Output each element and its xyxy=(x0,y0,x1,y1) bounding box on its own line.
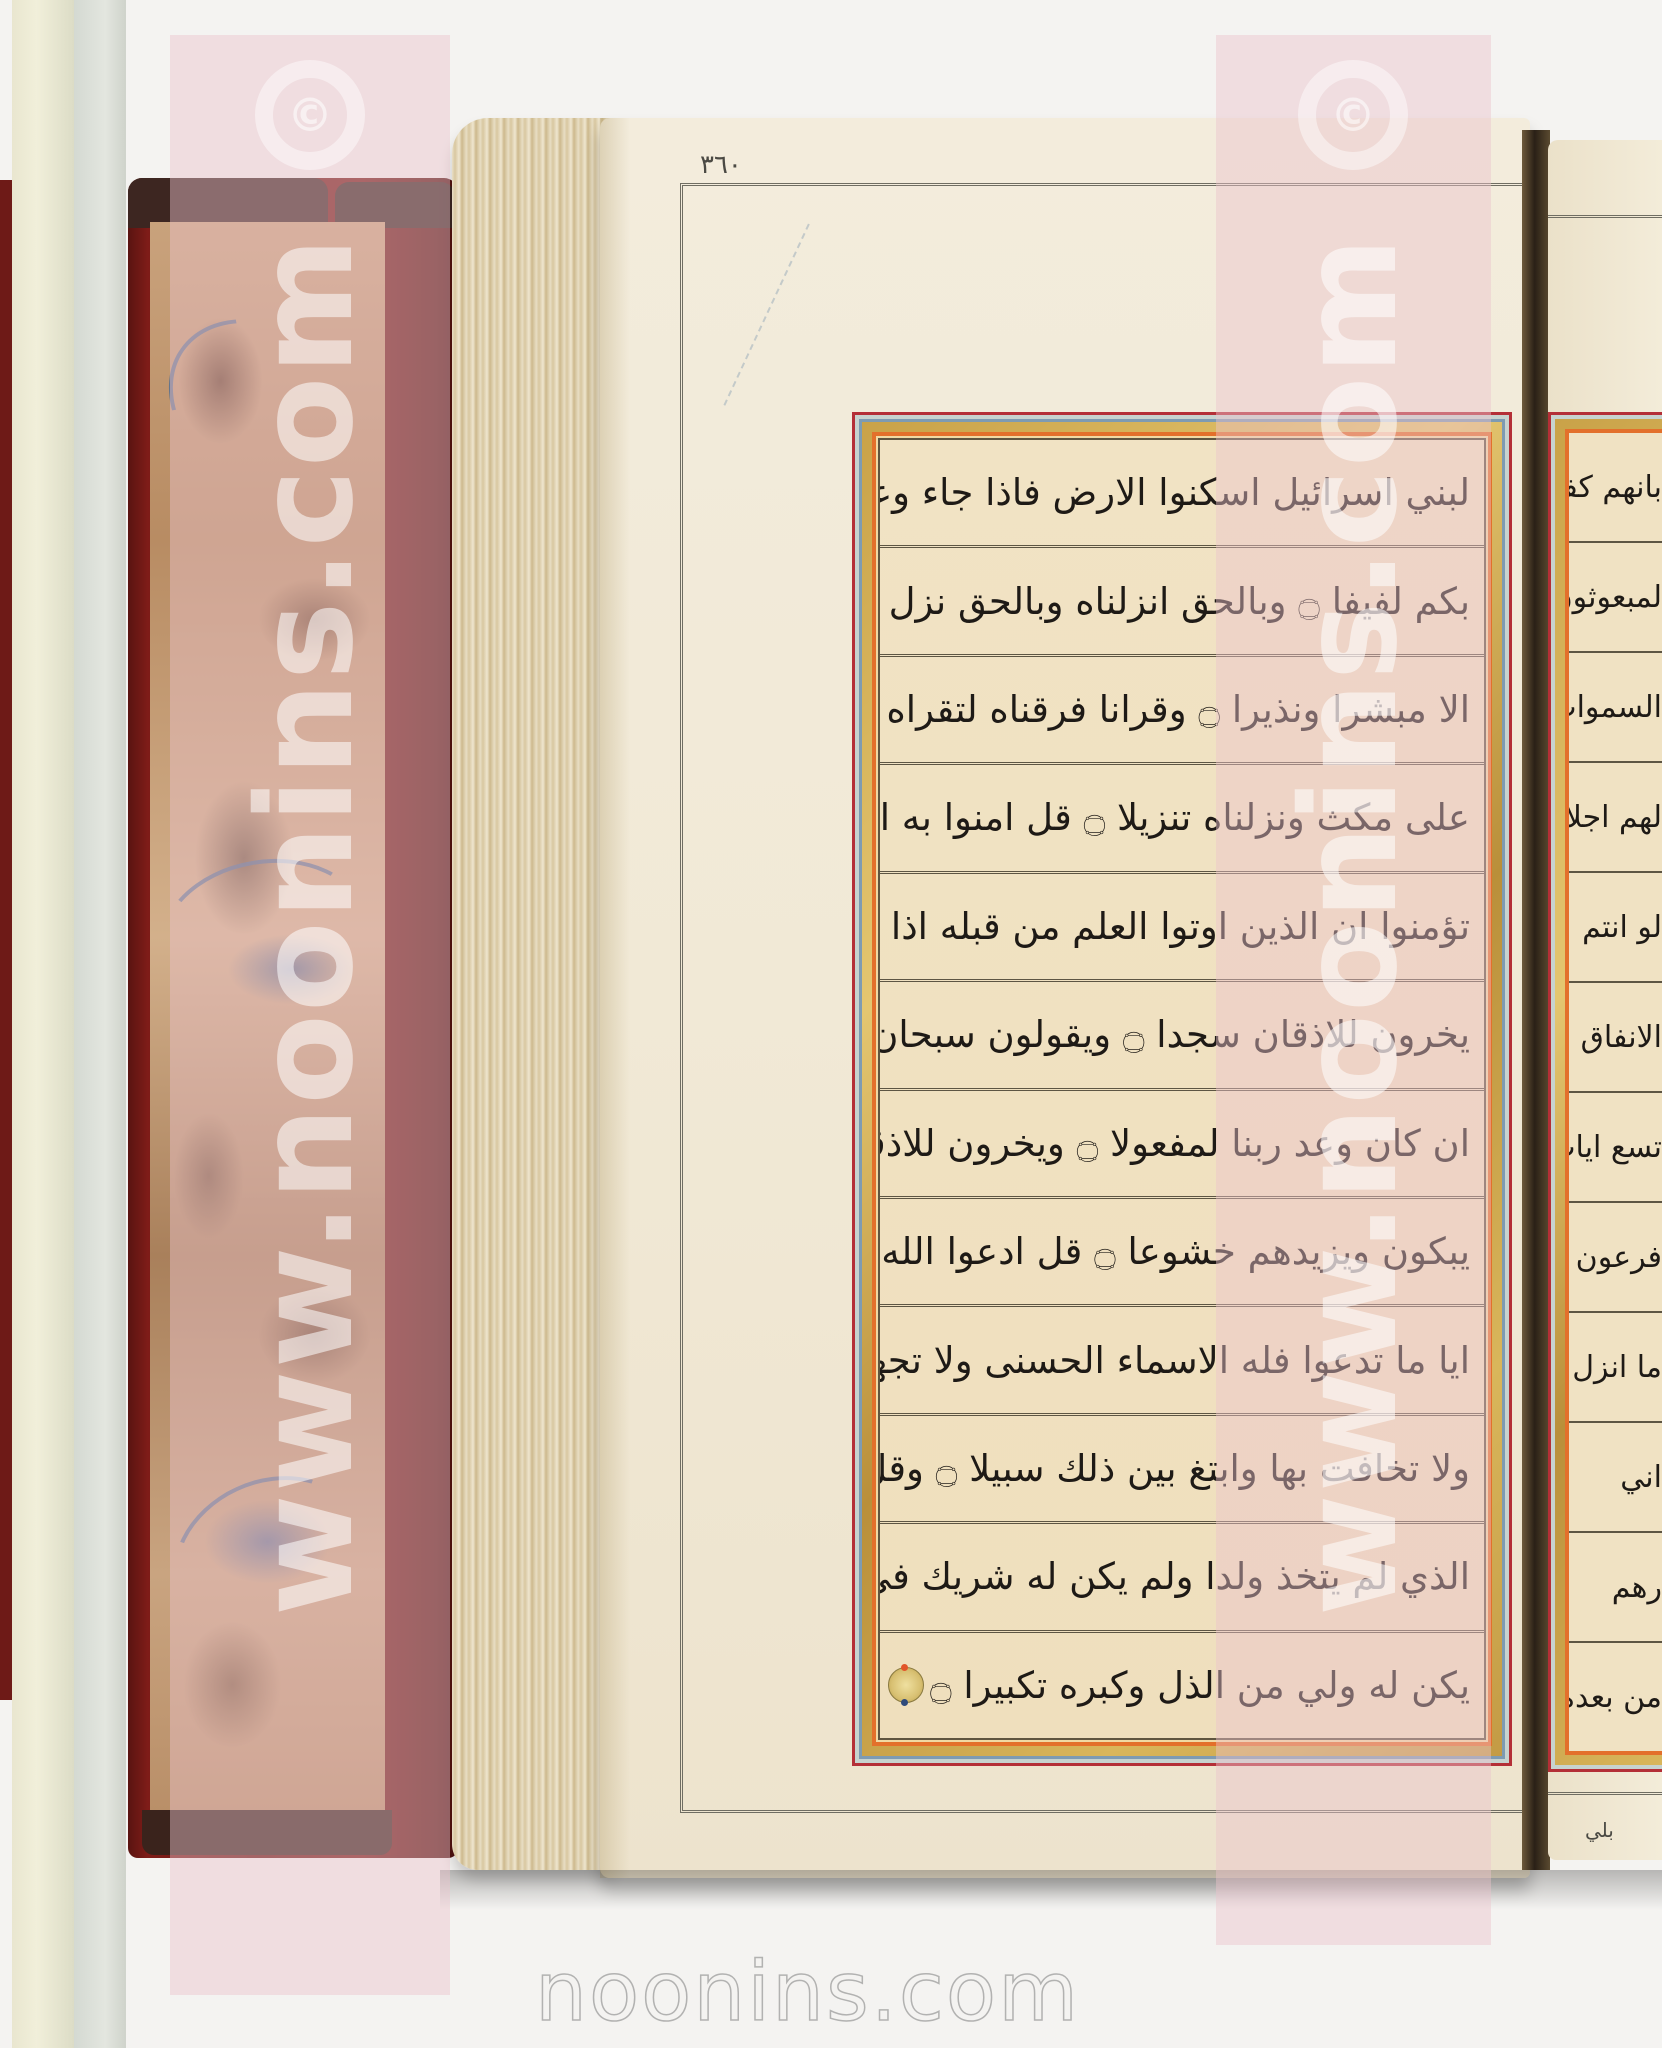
facing-text-block: بانهم كفروا لمبعوثون السموات لهم اجلا لو… xyxy=(1565,429,1662,1755)
bookmark-ribbon xyxy=(12,0,74,2048)
page-fore-edge xyxy=(452,118,612,1870)
facing-line: اني xyxy=(1569,1423,1662,1533)
watermark-vertical-text: www.noonins.com xyxy=(1284,235,1416,1616)
copyright-icon: © xyxy=(255,60,365,170)
watermark-column-left: © www.noonins.com xyxy=(170,35,450,1995)
facing-line: ما انزل xyxy=(1569,1313,1662,1423)
facing-line: بانهم كفروا xyxy=(1569,433,1662,543)
facing-line: تسع ايات xyxy=(1569,1093,1662,1203)
facing-line: فرعون xyxy=(1569,1203,1662,1313)
facing-text-panel: بانهم كفروا لمبعوثون السموات لهم اجلا لو… xyxy=(1548,412,1662,1772)
facing-line: لمبعوثون xyxy=(1569,543,1662,653)
watermark-bottom-text: noonins.com xyxy=(535,1945,1080,2040)
copyright-icon: © xyxy=(1298,60,1408,170)
catchword: بلي xyxy=(1585,1818,1614,1842)
verse-marker-icon xyxy=(888,1667,924,1703)
watermark-column-right: © www.noonins.com xyxy=(1216,35,1491,1945)
facing-line: السموات xyxy=(1569,653,1662,763)
facing-line: الانفاق xyxy=(1569,983,1662,1093)
facing-panel-gold: بانهم كفروا لمبعوثون السموات لهم اجلا لو… xyxy=(1555,419,1662,1765)
bookmark-ribbon-shadow xyxy=(74,0,126,2048)
facing-line: لو انتم xyxy=(1569,873,1662,983)
facing-line: لهم اجلا xyxy=(1569,763,1662,873)
page-curl-shade xyxy=(600,118,630,1878)
cover-edge xyxy=(0,180,12,1700)
facing-line: رهم xyxy=(1569,1533,1662,1643)
watermark-vertical-text: www.noonins.com xyxy=(240,235,372,1616)
facing-line: من بعده xyxy=(1569,1643,1662,1751)
book-gutter xyxy=(1522,130,1550,1870)
page-number: ٣٦٠ xyxy=(700,150,742,180)
